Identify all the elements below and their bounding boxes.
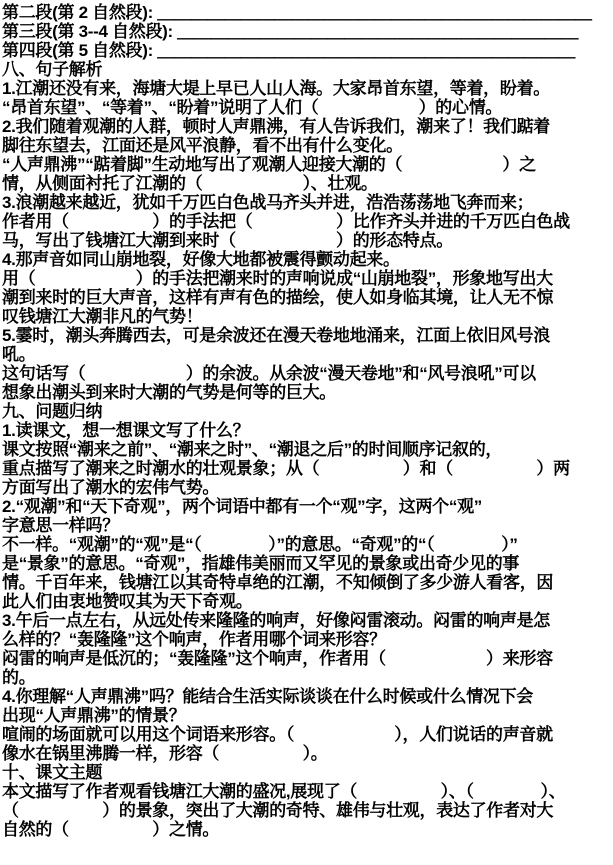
doc-line: “人声鼎沸”“踮着脚”生动地写出了观潮人迎接大潮的（ ）之	[2, 155, 612, 174]
doc-line: 马，写出了钱塘江大潮到来时（ ）的形态特点。	[2, 231, 612, 250]
doc-line: 字意思一样吗？	[2, 516, 612, 535]
doc-line: 作者用（ ）的手法把（ ）比作齐头并进的千万匹白色战	[2, 212, 612, 231]
doc-line: 此人们由衷地赞叹其为天下奇观。	[2, 592, 612, 611]
doc-line: 1.江潮还没有来，海塘大堤上早已人山人海。大家昂首东望，等着，盼着。	[2, 79, 612, 98]
doc-line: 想象出潮头到来时大潮的气势是何等的巨大。	[2, 383, 612, 402]
doc-line: 出现“人声鼎沸”的情景？	[2, 706, 612, 725]
section-9-heading: 九、问题归纳	[2, 402, 612, 421]
doc-line: 自然的（ ）之情。	[2, 820, 612, 839]
doc-line: 本文描写了作者观看钱塘江大潮的盛况,展现了（ ）、（ ）、	[2, 782, 612, 801]
doc-line: 是“景象”的意思。“奇观”，指雄伟美丽而又罕见的景象或出奇少见的事	[2, 554, 612, 573]
doc-line: 脚往东望去，江面还是风平浪静，看不出有什么变化。	[2, 136, 612, 155]
doc-line: 1.读课文，想一想课文写了什么？	[2, 421, 612, 440]
doc-line: 情。千百年来，钱塘江以其奇特卓绝的江潮，不知倾倒了多少游人看客，因	[2, 573, 612, 592]
doc-line: 4.那声音如同山崩地裂，好像大地都被震得颤动起来。	[2, 250, 612, 269]
doc-line: 情，从侧面衬托了江潮的（ ）、壮观。	[2, 174, 612, 193]
doc-line: 4.你理解“人声鼎沸”吗？能结合生活实际谈谈在什么时候或什么情况下会	[2, 687, 612, 706]
doc-line: 喧闹的场面就可以用这个词语来形容。（ ），人们说话的声音就	[2, 725, 612, 744]
worksheet-page: 第二段(第 2 自然段): ＿＿＿＿＿＿＿＿＿＿＿＿＿＿＿＿＿＿＿＿＿＿＿＿＿＿…	[0, 0, 613, 865]
doc-line: 3.浪潮越来越近，犹如千万匹白色战马齐头并进，浩浩荡荡地飞奔而来；	[2, 193, 612, 212]
segment-blank-line-4: 第四段(第 5 自然段): ＿＿＿＿＿＿＿＿＿＿＿＿＿＿＿＿＿＿＿＿＿＿＿＿＿	[2, 41, 612, 60]
doc-line: 像水在锅里沸腾一样，形容（ ）。	[2, 744, 612, 763]
doc-line: 2.“观潮”和“天下奇观”，两个词语中都有一个“观”字，这两个“观”	[2, 497, 612, 516]
segment-blank-line-2: 第二段(第 2 自然段): ＿＿＿＿＿＿＿＿＿＿＿＿＿＿＿＿＿＿＿＿＿＿＿＿＿＿	[2, 3, 612, 22]
doc-line: 吼。	[2, 345, 612, 364]
doc-line: 3.午后一点左右，从远处传来隆隆的响声，好像闷雷滚动。闷雷的响声是怎	[2, 611, 612, 630]
doc-line: 叹钱塘江大潮非凡的气势！	[2, 307, 612, 326]
doc-line: （ ）的景象，突出了大潮的奇特、雄伟与壮观，表达了作者对大	[2, 801, 612, 820]
doc-line: 重点描写了潮来之时潮水的壮观景象；从（ ）和（ ）两	[2, 459, 612, 478]
section-8-heading: 八、句子解析	[2, 60, 612, 79]
doc-line: 闷雷的响声是低沉的；“轰隆隆”这个响声，作者用（ ）来形容	[2, 649, 612, 668]
doc-line: 么样的？“轰隆隆”这个响声，作者用哪个词来形容？	[2, 630, 612, 649]
doc-line: 用（ ）的手法把潮来时的声响说成“山崩地裂”，形象地写出大	[2, 269, 612, 288]
segment-blank-line-3: 第三段(第 3--4 自然段): ＿＿＿＿＿＿＿＿＿＿＿＿＿＿＿＿＿＿＿＿＿＿＿…	[2, 22, 612, 41]
doc-line: 潮到来时的巨大声音，这样有声有色的描绘，使人如身临其境，让人无不惊	[2, 288, 612, 307]
doc-line: “昂首东望”、“等着”、“盼着”说明了人们（ ）的心情。	[2, 98, 612, 117]
doc-line: 的。	[2, 668, 612, 687]
doc-line: 这句话写（ ）的余波。从余波“漫天卷地”和“风号浪吼”可以	[2, 364, 612, 383]
section-10-heading: 十、课文主题	[2, 763, 612, 782]
doc-line: 不一样。“观潮”的“观”是“（ ）”的意思。“奇观”的“（ ）”	[2, 535, 612, 554]
doc-line: 2.我们随着观潮的人群，顿时人声鼎沸，有人告诉我们，潮来了！我们踮着	[2, 117, 612, 136]
doc-line: 方面写出了潮水的宏伟气势。	[2, 478, 612, 497]
doc-line: 5.霎时，潮头奔腾西去，可是余波还在漫天卷地地涌来，江面上依旧风号浪	[2, 326, 612, 345]
doc-line: 课文按照“潮来之前”、“潮来之时”、“潮退之后”的时间顺序记叙的，	[2, 440, 612, 459]
